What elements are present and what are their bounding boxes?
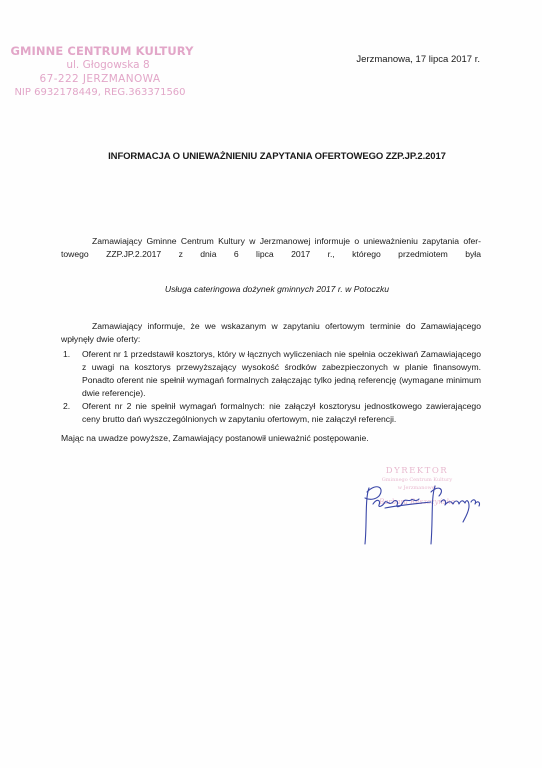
offers-intro-paragraph: Zamawiający informuje, że we wskazanym w…: [61, 320, 481, 346]
handwritten-signature-icon: [355, 478, 485, 548]
document-title: INFORMACJA O UNIEWAŻNIENIU ZAPYTANIA OFE…: [0, 151, 542, 162]
date-place-line: Jerzmanowa, 17 lipca 2017 r.: [356, 54, 480, 65]
offer-item: 2. Oferent nr 2 nie spełnił wymagań form…: [61, 400, 481, 426]
intro-line-2: towego ZZP.JP.2.2017 z dnia 6 lipca 2017…: [61, 248, 481, 261]
stamp-registry: NIP 6932178449, REG.363371560: [6, 86, 194, 100]
stamp-street: ul. Głogowska 8: [22, 58, 194, 72]
intro-paragraph: Zamawiający Gminne Centrum Kultury w Jer…: [61, 235, 481, 261]
offer-item: 1. Oferent nr 1 przedstawił kosztorys, k…: [61, 348, 481, 400]
stamp-role: DYREKTOR: [372, 466, 462, 476]
document-title-text: INFORMACJA O UNIEWAŻNIENIU ZAPYTANIA OFE…: [108, 151, 446, 162]
offers-list: 1. Oferent nr 1 przedstawił kosztorys, k…: [61, 348, 481, 426]
offer-text: Oferent nr 2 nie spełnił wymagań formaln…: [82, 401, 481, 424]
document-page: GMINNE CENTRUM KULTURY ul. Głogowska 8 6…: [0, 0, 542, 768]
letterhead-stamp: GMINNE CENTRUM KULTURY ul. Głogowska 8 6…: [4, 44, 194, 100]
stamp-organization: GMINNE CENTRUM KULTURY: [10, 44, 194, 58]
subject-line: Usługa cateringowa dożynek gminnych 2017…: [0, 284, 542, 294]
offers-intro-text: Zamawiający informuje, że we wskazanym w…: [61, 321, 481, 344]
offer-number: 2.: [63, 400, 70, 413]
subject-text: Usługa cateringowa dożynek gminnych 2017…: [165, 284, 389, 294]
offer-number: 1.: [63, 348, 70, 361]
conclusion-paragraph: Mając na uwadze powyższe, Zamawiający po…: [61, 432, 481, 445]
stamp-city: 67-222 JERZMANOWA: [6, 72, 194, 86]
intro-line-1-text: Zamawiający Gminne Centrum Kultury w Jer…: [92, 236, 481, 246]
offer-text: Oferent nr 1 przedstawił kosztorys, któr…: [82, 349, 481, 398]
intro-line-1: Zamawiający Gminne Centrum Kultury w Jer…: [61, 235, 481, 248]
